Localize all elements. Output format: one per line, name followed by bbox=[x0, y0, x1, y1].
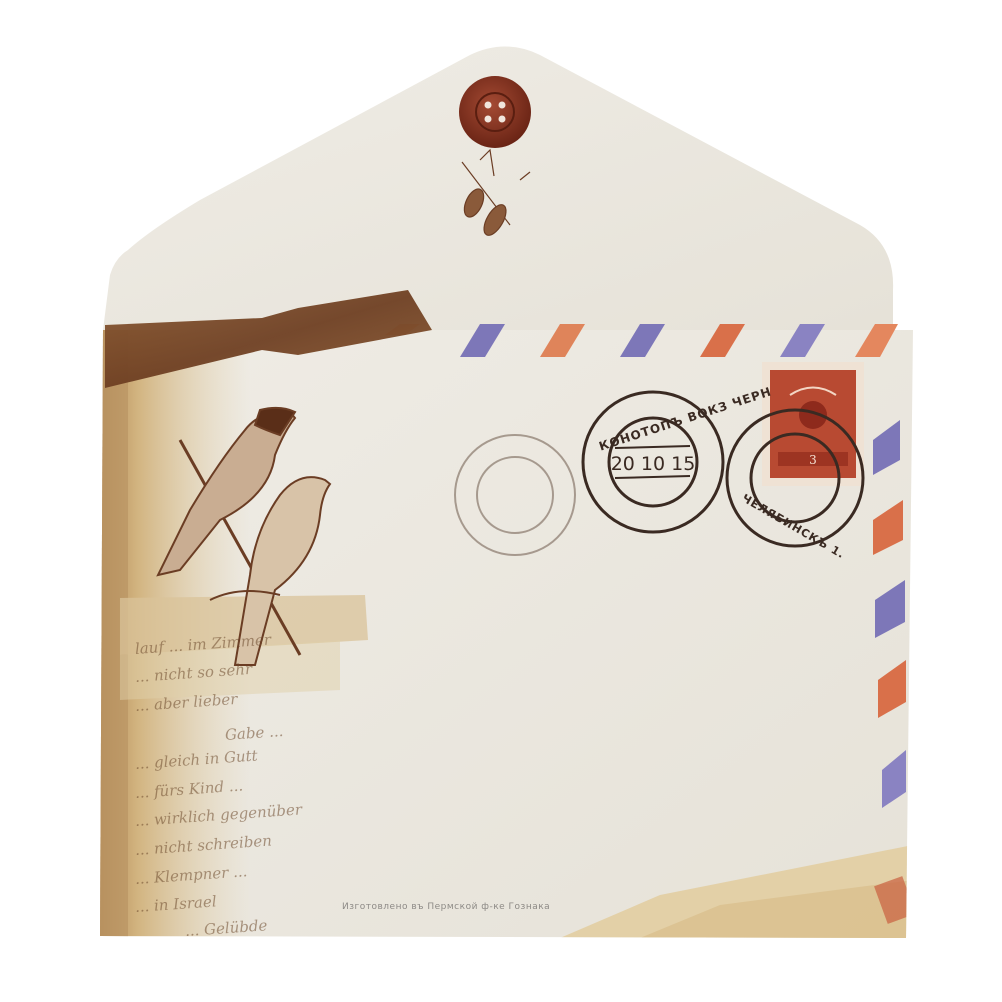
postmark-date: 20 10 15 bbox=[611, 453, 696, 475]
button-icon bbox=[459, 76, 531, 148]
printer-caption: Изготовлено въ Пермской ф-ке Гознака bbox=[342, 902, 550, 912]
birds-illustration bbox=[150, 400, 350, 670]
postage-stamp: 3 bbox=[762, 362, 864, 486]
stamp-denomination: 3 bbox=[809, 453, 817, 467]
